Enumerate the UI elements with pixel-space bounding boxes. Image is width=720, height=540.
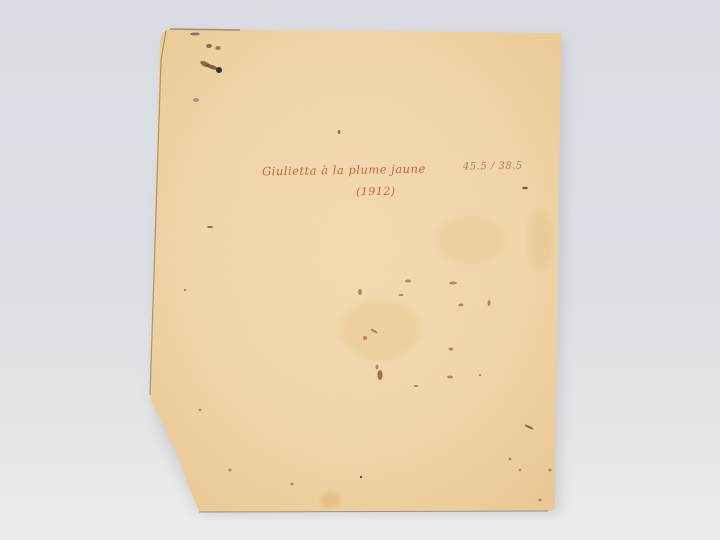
inscription-dimensions: 45.5 / 38.5: [463, 160, 523, 172]
paper-board: [0, 0, 720, 540]
inscription-title: Giulietta à la plume jaune: [262, 162, 426, 179]
inscription-year: (1912): [355, 184, 397, 200]
